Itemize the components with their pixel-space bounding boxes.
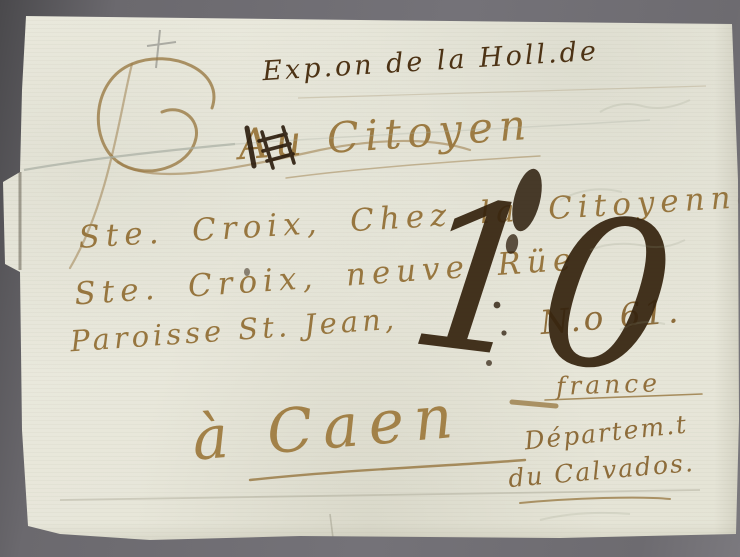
country-label: france — [556, 370, 662, 399]
endorsement-underline — [298, 86, 706, 98]
letter-cover: Exp.on de la Holl.de Au Citoyen Ste. Cro… — [0, 0, 740, 557]
department-line-2: du Calvados. — [507, 450, 695, 491]
street-line: Ste. Croix, neuve Rüe — [74, 244, 579, 310]
house-number: N.o 61. — [539, 294, 682, 339]
paper-right-shade — [714, 0, 740, 557]
pencil-cross-mark — [147, 30, 176, 68]
addressee-name-line: Ste. Croix, Chez la Citoyenne — [78, 181, 740, 254]
destination-city: à Caen — [190, 386, 465, 469]
parish-line: Paroisse St. Jean, — [69, 305, 398, 357]
paper-top-highlight — [0, 0, 740, 20]
paper-bottom-shade — [0, 523, 740, 557]
endorsement-text: Exp.on de la Holl.de — [261, 38, 599, 86]
department-line-1: Départem.t — [523, 411, 689, 453]
photo-stage: Exp.on de la Holl.de Au Citoyen Ste. Cro… — [0, 0, 740, 557]
addressee-salutation: Au Citoyen — [237, 104, 533, 166]
